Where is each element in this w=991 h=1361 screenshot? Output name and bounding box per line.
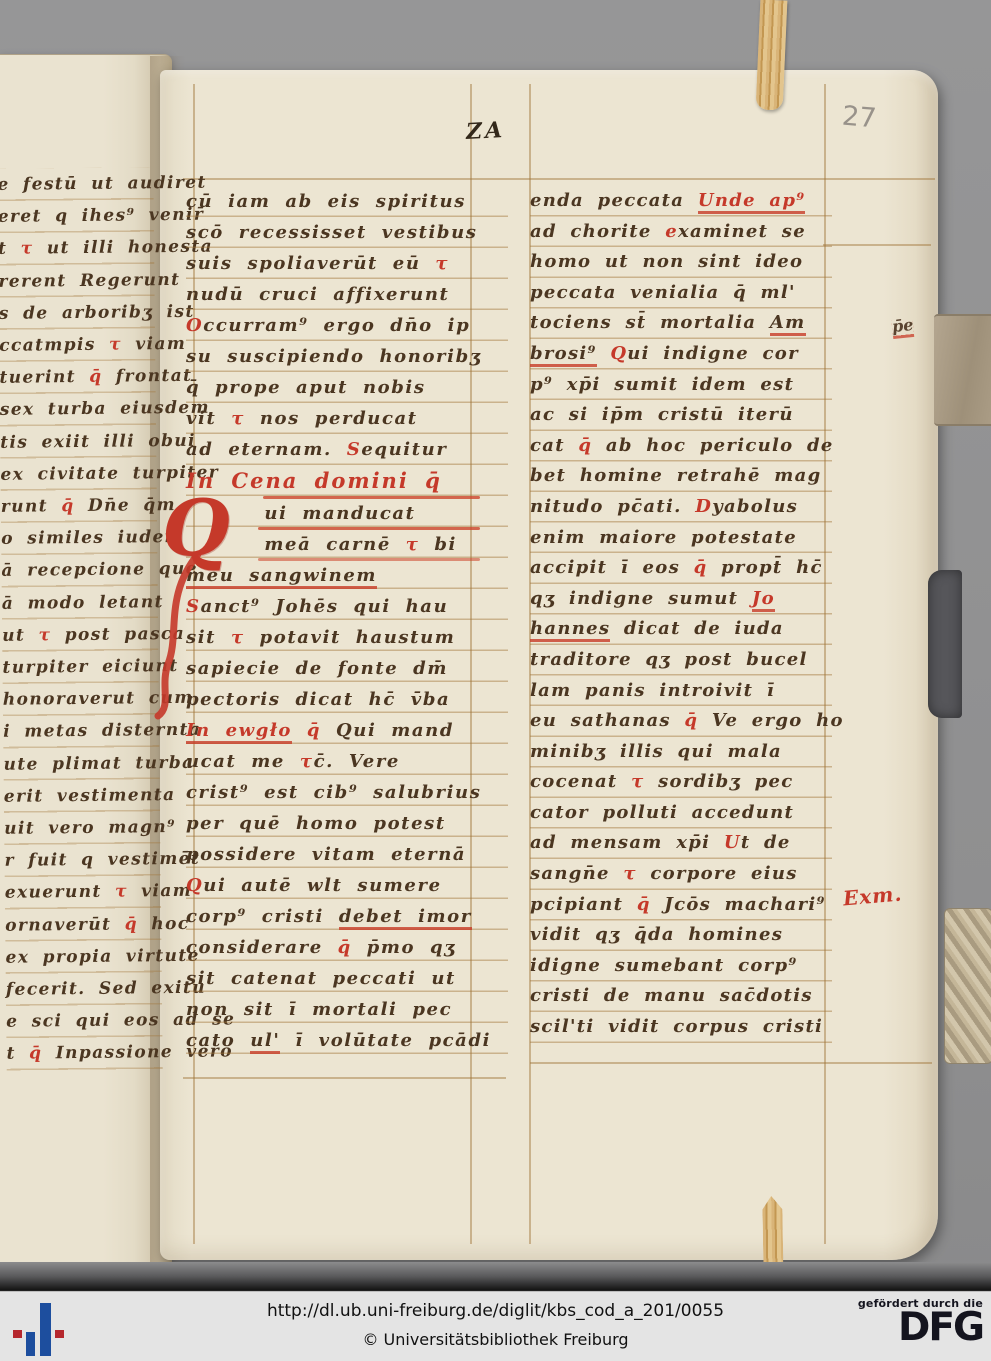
manuscript-line: meā carnē τ bi (186, 529, 508, 560)
initial-tail-flourish (146, 548, 216, 723)
manuscript-line: fecerit. Sed exitu (6, 972, 162, 1006)
manuscript-line: exuerunt τ viam (5, 876, 161, 910)
manuscript-line: ex civitate turpiter (0, 457, 156, 491)
manuscript-line: eu sathanas q̄ Ve ergo ho (530, 706, 832, 737)
dfg-logo: gefördert durch die DFG (853, 1297, 983, 1348)
manuscript-line: crist⁹ est cib⁹ salubrius (186, 777, 508, 808)
manuscript-line: ornaverūt q̄ hoc (5, 908, 161, 942)
manuscript-line: ad mensam xp̄i Ut de (530, 828, 832, 859)
margin-note-top: p̄e (891, 315, 914, 336)
manuscript-line: bet homine retrahē mag (530, 461, 832, 492)
manuscript-line: ā recepcione que (1, 554, 157, 588)
manuscript-line: sex turba eiusdem (0, 393, 156, 427)
manuscript-line: suis spoliaverūt eū τ (186, 248, 508, 279)
manuscript-line: meu sangwinem (186, 560, 508, 591)
manuscript-line: In Cena domini q̄ (186, 465, 508, 498)
manuscript-line: non sit ī mortali pec (186, 994, 508, 1025)
photo-bottom-shadow (0, 1262, 991, 1291)
manuscript-line: brosi⁹ Qui indigne cor (530, 339, 832, 370)
manuscript-line: Sanct⁹ Johēs qui hau (186, 591, 508, 622)
manuscript-line: accipit ī eos q̄ propt̄ hc̄ (530, 553, 832, 584)
manuscript-line: cat q̄ ab hoc periculo de (530, 431, 832, 462)
manuscript-line: minibʒ illis qui mala (530, 737, 832, 768)
manuscript-line: hannes dicat de iuda (530, 614, 832, 645)
dfg-acronym: DFG (853, 1308, 983, 1348)
manuscript-line: honoraverut cum (3, 682, 159, 716)
manuscript-line: cator polluti accedunt (530, 798, 832, 829)
manuscript-line: considerare q̄ p̄mo qʒ (186, 932, 508, 963)
manuscript-line: homo ut non sint ideo (530, 247, 832, 278)
margin-note-bottom: Exm. (842, 881, 903, 910)
manuscript-line: scō recessisset vestibus (186, 217, 508, 248)
manuscript-line: pectoris dicat hc̄ v̄ba (186, 684, 508, 715)
manuscript-line: idigne sumebant corp⁹ (530, 951, 832, 982)
manuscript-line: uit vero magn⁹ (4, 811, 160, 845)
manuscript-line: pcipiant q̄ Jcōs machari⁹ (530, 890, 832, 921)
manuscript-line: ute plimat turba (3, 747, 159, 781)
clasp-fitting (928, 570, 962, 718)
manuscript-line: enda peccata Unde ap⁹ (530, 186, 832, 217)
manuscript-line: ac si ip̄m cristū iterū (530, 400, 832, 431)
manuscript-line: vit τ nos perducat (186, 403, 508, 434)
manuscript-line: ex propia virtute (5, 940, 161, 974)
manuscript-line: turpiter eiciunt (2, 650, 158, 684)
caption-bar: http://dl.ub.uni-freiburg.de/diglit/kbs_… (0, 1291, 991, 1361)
source-url: http://dl.ub.uni-freiburg.de/diglit/kbs_… (0, 1301, 991, 1321)
manuscript-line: cocenat τ sordibʒ pec (530, 767, 832, 798)
manuscript-line: eret q ihes⁹ venir̄ (0, 199, 154, 233)
manuscript-line: rerent Regerunt (0, 264, 155, 298)
ruling-line (183, 178, 935, 180)
manuscript-line: Qui autē wlt sumere (186, 870, 508, 901)
manuscript-line: Occurram⁹ ergo dn̄o ip (186, 310, 508, 341)
manuscript-line: sangn̄e τ corpore eius (530, 859, 832, 890)
quire-mark: ZA (465, 117, 505, 145)
manuscript-line: ut τ post pasca (2, 618, 158, 652)
ruling-line (530, 1062, 932, 1064)
manuscript-line: vidit qʒ q̄da homines (530, 920, 832, 951)
manuscript-line: sit τ potavit haustum (186, 622, 508, 653)
manuscript-line: ui manducat (186, 498, 508, 529)
manuscript-line: sapiecie de fonte dm̄ (186, 653, 508, 684)
manuscript-line: su suscipiendo honoribʒ (186, 341, 508, 372)
manuscript-line: traditore qʒ post bucel (530, 645, 832, 676)
bookmark-stick-top (756, 0, 788, 111)
manuscript-line: q̄ prope aput nobis (186, 372, 508, 403)
manuscript-line: e sci qui eos ad se (6, 1004, 162, 1038)
manuscript-line: tociens st̄ mortalia Am (530, 308, 832, 339)
manuscript-line: runt q̄ Dn̄e q̄m (1, 489, 157, 523)
manuscript-line: In ewgło q̄ Qui mand (186, 715, 508, 746)
digitized-manuscript-viewer: e festū ut audireteret q ihes⁹ venir̄t τ… (0, 0, 991, 1361)
manuscript-line: i metas disternta (3, 715, 159, 749)
manuscript-line: lam panis introivit ī (530, 676, 832, 707)
binding-strap-upper (934, 314, 991, 426)
manuscript-line: ad chorite examinet se (530, 217, 832, 248)
manuscript-line: ucat me τc̄. Vere (186, 746, 508, 777)
manuscript-line: scil'ti vidit corpus cristi (530, 1012, 832, 1043)
manuscript-line: e festū ut audiret (0, 167, 154, 201)
facing-page-text-column: e festū ut audireteret q ihes⁹ venir̄t τ… (0, 167, 163, 1070)
manuscript-line: erit vestimenta (4, 779, 160, 813)
manuscript-line: peccata venialia q̄ ml' (530, 278, 832, 309)
manuscript-line: p⁹ xp̄i sumit idem est (530, 370, 832, 401)
manuscript-line: s de arboribʒ ist (0, 296, 155, 330)
manuscript-line: enim maiore potestate (530, 523, 832, 554)
manuscript-line: nudū cruci affixerunt (186, 279, 508, 310)
manuscript-line: tuerint q̄ frontat (0, 360, 156, 394)
folio-number-pencil: 27 (841, 101, 878, 135)
manuscript-line: ā modo letant (2, 586, 158, 620)
manuscript-line: ccatmpis τ viam (0, 328, 155, 362)
manuscript-line: corp⁹ cristi debet imor (186, 901, 508, 932)
manuscript-line: possidere vitam eternā (186, 839, 508, 870)
manuscript-line: nitudo pc̄ati. Dyabolus (530, 492, 832, 523)
manuscript-line: tis exiit illi obui (0, 425, 156, 459)
ruling-line (183, 1077, 506, 1079)
manuscript-line: qʒ indigne sumut Jo (530, 584, 832, 615)
manuscript-line: o similes iudeis (1, 521, 157, 555)
manuscript-line: sit catenat peccati ut (186, 963, 508, 994)
manuscript-line: t τ ut illi honesta (0, 232, 154, 266)
manuscript-line: cū iam ab eis spiritus (186, 186, 508, 217)
left-text-column: cū iam ab eis spiritusscō recessisset ve… (186, 186, 508, 1056)
right-text-column: enda peccata Unde ap⁹ad chorite examinet… (530, 186, 832, 1043)
manuscript-line: cristi de manu sac̄dotis (530, 981, 832, 1012)
manuscript-line: cato ul' ī volūtate pcādi (186, 1025, 508, 1056)
manuscript-line: ad eternam. Sequitur (186, 434, 508, 465)
manuscript-line: r fuit q vestimēt (4, 843, 160, 877)
manuscript-line: t q̄ Inpassione vero (6, 1037, 162, 1071)
copyright-line: © Universitätsbibliothek Freiburg (0, 1330, 991, 1349)
binding-strap-lower (944, 908, 991, 1064)
ruling-line (823, 244, 931, 246)
manuscript-line: per quē homo potest (186, 808, 508, 839)
